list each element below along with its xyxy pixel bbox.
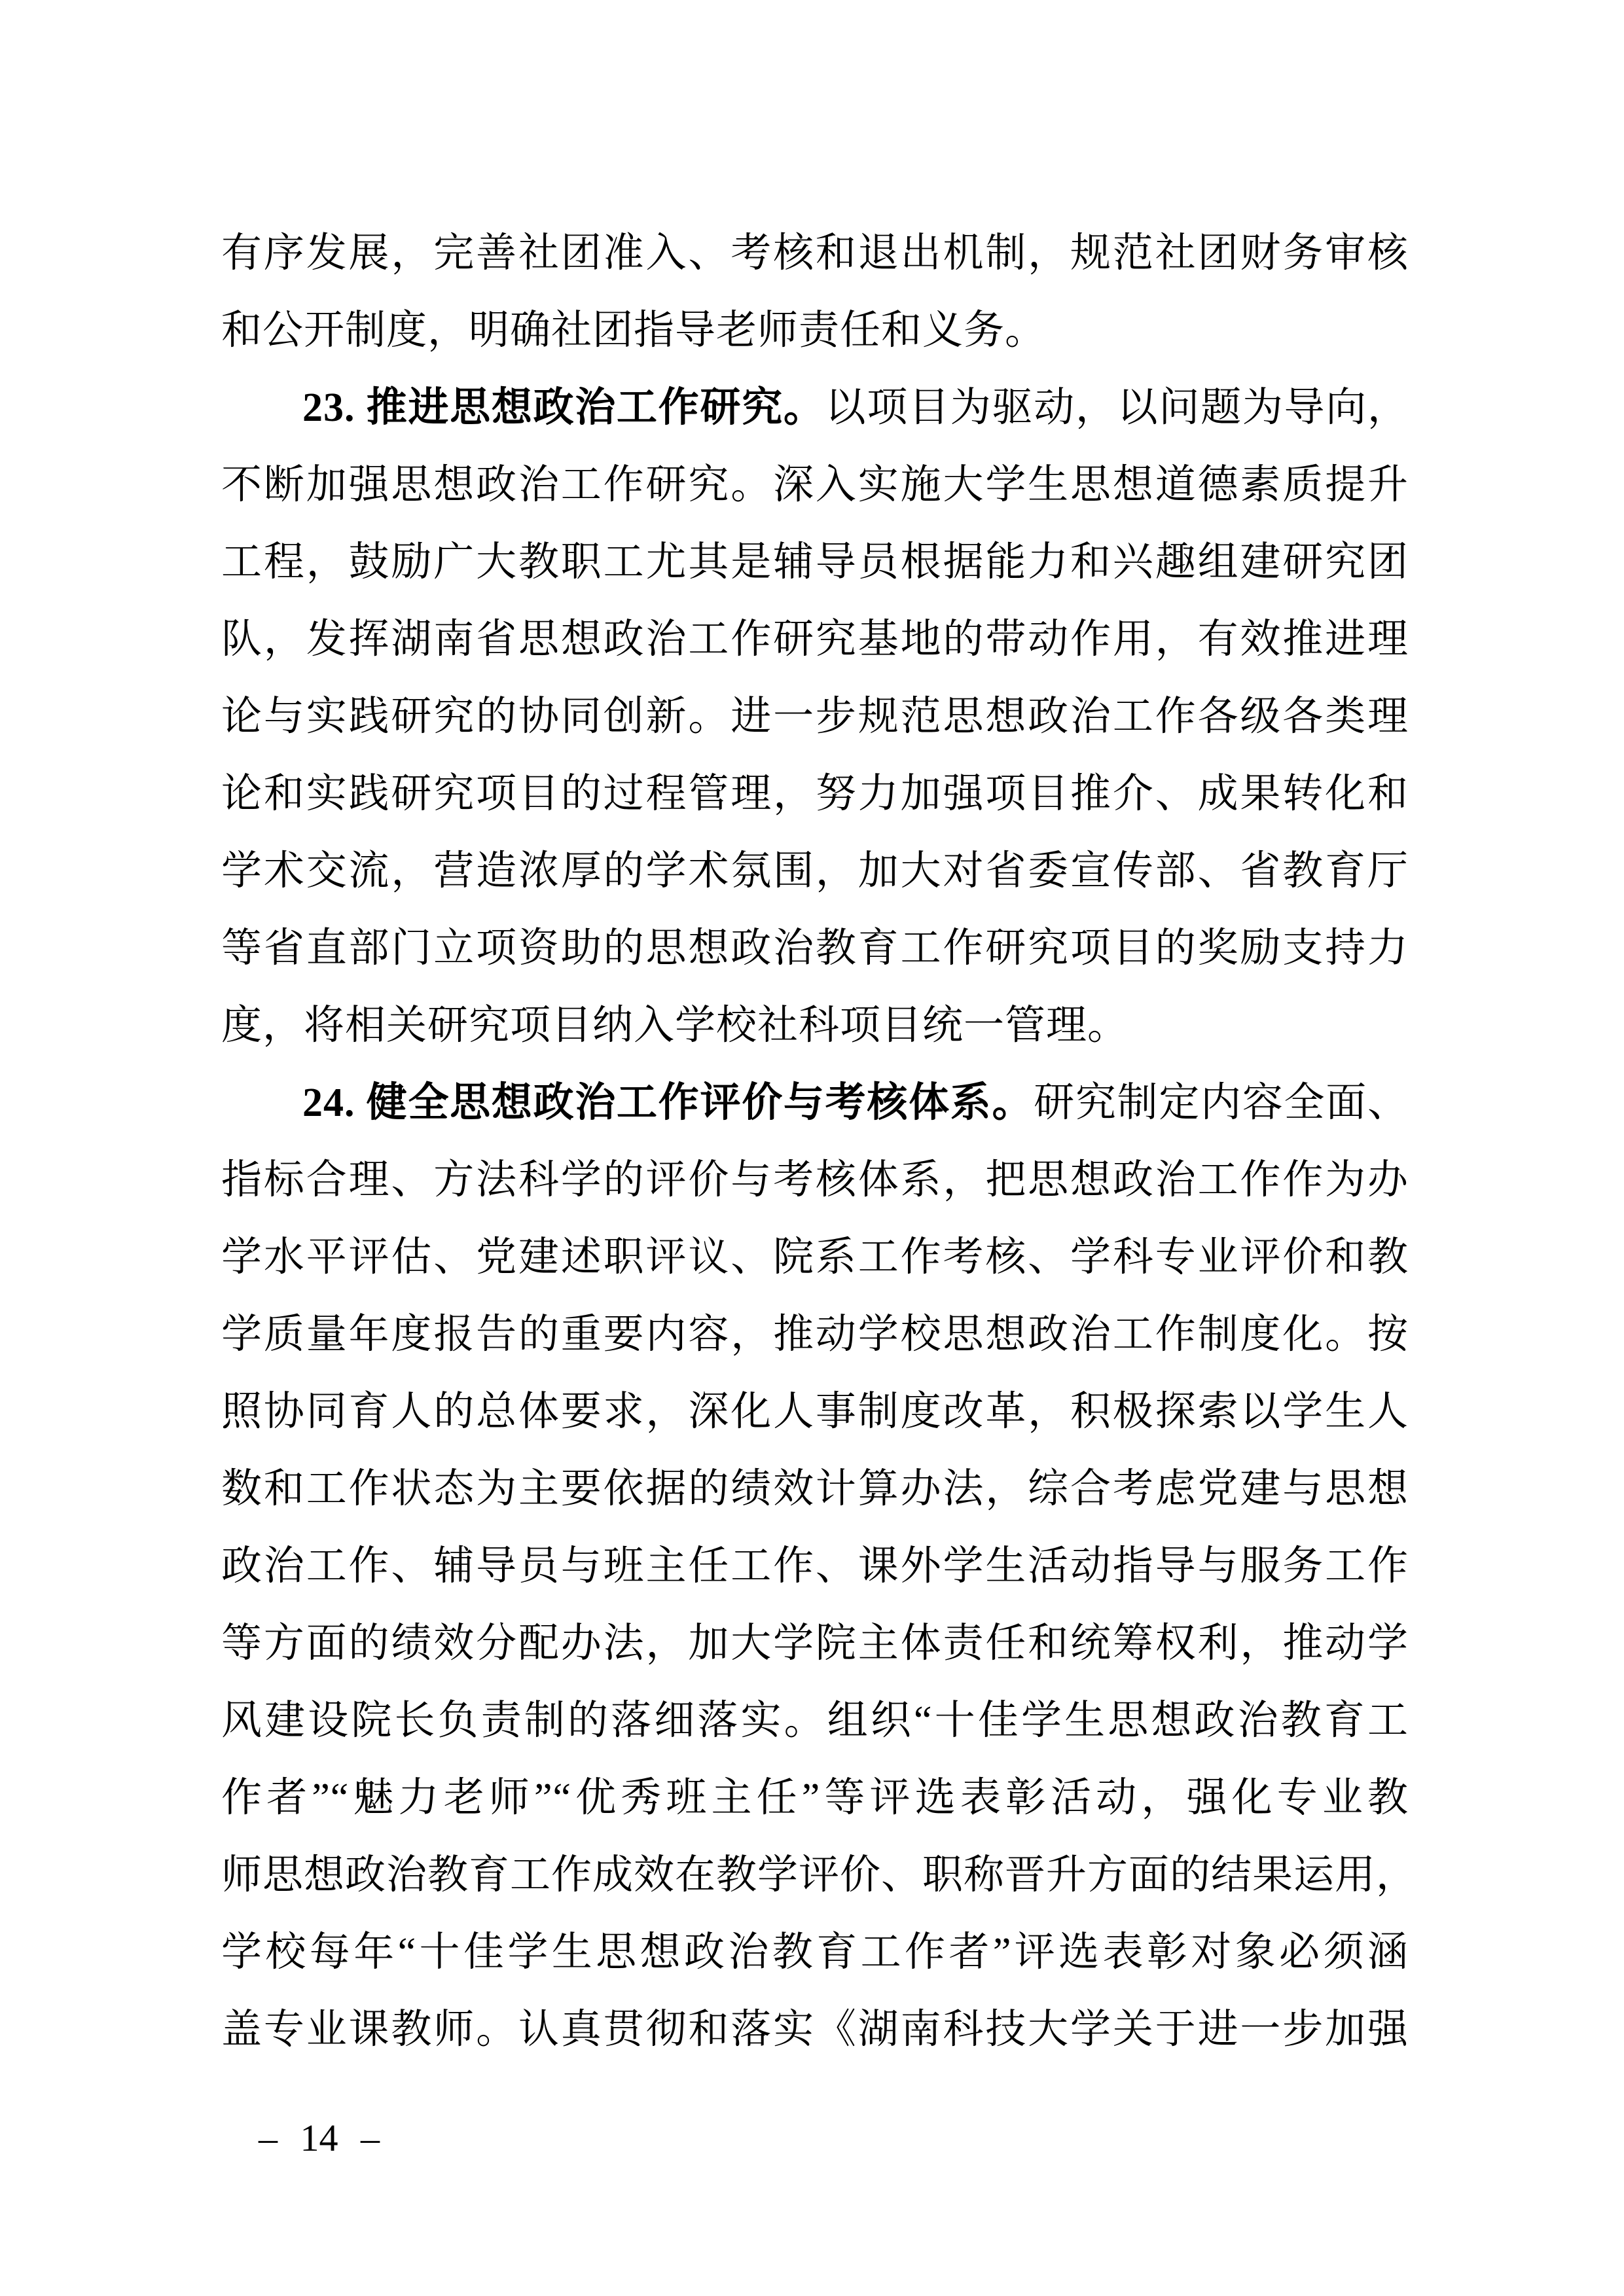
text-line: 作者”“魅力老师”“优秀班主任”等评选表彰活动，强化专业教 (221, 1759, 1409, 1837)
text-run: 研究制定内容全面、 (1034, 1081, 1409, 1125)
text-run: 学术交流，营造浓厚的学术氛围，加大对省委宣传部、省教育厅 (221, 849, 1409, 893)
text-line: 学质量年度报告的重要内容，推动学校思想政治工作制度化。按 (221, 1296, 1409, 1373)
text-line: 师思想政治教育工作成效在教学评价、职称晋升方面的结果运用， (221, 1837, 1409, 1914)
page-number: – 14 – (259, 2115, 380, 2161)
text-line: 工程，鼓励广大教职工尤其是辅导员根据能力和兴趣组建研究团 (221, 524, 1409, 601)
text-run: 数和工作状态为主要依据的绩效计算办法，综合考虑党建与思想 (221, 1467, 1409, 1511)
text-line: 有序发展，完善社团准入、考核和退出机制，规范社团财务审核 (221, 215, 1409, 292)
text-line: 学校每年“十佳学生思想政治教育工作者”评选表彰对象必须涵 (221, 1914, 1409, 1991)
text-run: 师思想政治教育工作成效在教学评价、职称晋升方面的结果运用， (221, 1853, 1409, 1897)
text-line: 风建设院长负责制的落细落实。组织“十佳学生思想政治教育工 (221, 1682, 1409, 1759)
text-run: 以项目为驱动，以问题为导向， (825, 386, 1409, 430)
text-run: 等方面的绩效分配办法，加大学院主体责任和统筹权利，推动学 (221, 1621, 1409, 1666)
text-line: 数和工作状态为主要依据的绩效计算办法，综合考虑党建与思想 (221, 1450, 1409, 1528)
text-line: 论与实践研究的协同创新。进一步规范思想政治工作各级各类理 (221, 678, 1409, 755)
text-run: 学质量年度报告的重要内容，推动学校思想政治工作制度化。按 (221, 1312, 1409, 1357)
text-line: 盖专业课教师。认真贯彻和落实《湖南科技大学关于进一步加强 (221, 1991, 1409, 2068)
text-run: 队，发挥湖南省思想政治工作研究基地的带动作用，有效推进理 (221, 617, 1409, 662)
text-run: 工程，鼓励广大教职工尤其是辅导员根据能力和兴趣组建研究团 (221, 540, 1409, 584)
text-run: 和公开制度，明确社团指导老师责任和义务。 (221, 308, 1046, 353)
text-run: 论与实践研究的协同创新。进一步规范思想政治工作各级各类理 (221, 694, 1409, 739)
text-run: 政治工作、辅导员与班主任工作、课外学生活动指导与服务工作 (221, 1544, 1409, 1588)
text-run: 指标合理、方法科学的评价与考核体系，把思想政治工作作为办 (221, 1158, 1409, 1202)
text-run: 风建设院长负责制的落细落实。组织“十佳学生思想政治教育工 (221, 1698, 1409, 1743)
text-line: 照协同育人的总体要求，深化人事制度改革，积极探索以学生人 (221, 1373, 1409, 1450)
text-run: 度，将相关研究项目纳入学校社科项目统一管理。 (221, 1003, 1128, 1048)
text-line: 24. 健全思想政治工作评价与考核体系。研究制定内容全面、 (221, 1064, 1409, 1141)
text-line: 论和实践研究项目的过程管理，努力加强项目推介、成果转化和 (221, 755, 1409, 833)
paragraph-number-heading: 23. 推进思想政治工作研究。 (302, 386, 825, 430)
text-run: 学水平评估、党建述职评议、院系工作考核、学科专业评价和教 (221, 1235, 1409, 1280)
text-run: 有序发展，完善社团准入、考核和退出机制，规范社团财务审核 (221, 231, 1409, 276)
text-run: 论和实践研究项目的过程管理，努力加强项目推介、成果转化和 (221, 772, 1409, 816)
text-line: 政治工作、辅导员与班主任工作、课外学生活动指导与服务工作 (221, 1528, 1409, 1605)
text-run: 盖专业课教师。认真贯彻和落实《湖南科技大学关于进一步加强 (221, 2007, 1409, 2052)
text-line: 度，将相关研究项目纳入学校社科项目统一管理。 (221, 987, 1409, 1064)
text-line: 和公开制度，明确社团指导老师责任和义务。 (221, 292, 1409, 369)
paragraph-number-heading: 24. 健全思想政治工作评价与考核体系。 (302, 1081, 1034, 1125)
text-line: 学水平评估、党建述职评议、院系工作考核、学科专业评价和教 (221, 1219, 1409, 1296)
text-run: 照协同育人的总体要求，深化人事制度改革，积极探索以学生人 (221, 1390, 1409, 1434)
text-line: 等方面的绩效分配办法，加大学院主体责任和统筹权利，推动学 (221, 1605, 1409, 1682)
text-line: 不断加强思想政治工作研究。深入实施大学生思想道德素质提升 (221, 446, 1409, 524)
text-line: 等省直部门立项资助的思想政治教育工作研究项目的奖励支持力 (221, 910, 1409, 987)
text-run: 作者”“魅力老师”“优秀班主任”等评选表彰活动，强化专业教 (221, 1776, 1409, 1820)
text-run: 等省直部门立项资助的思想政治教育工作研究项目的奖励支持力 (221, 926, 1409, 971)
text-line: 23. 推进思想政治工作研究。以项目为驱动，以问题为导向， (221, 369, 1409, 446)
text-run: 不断加强思想政治工作研究。深入实施大学生思想道德素质提升 (221, 463, 1409, 507)
text-line: 指标合理、方法科学的评价与考核体系，把思想政治工作作为办 (221, 1141, 1409, 1219)
document-page: 有序发展，完善社团准入、考核和退出机制，规范社团财务审核和公开制度，明确社团指导… (0, 0, 1624, 2296)
text-line: 学术交流，营造浓厚的学术氛围，加大对省委宣传部、省教育厅 (221, 833, 1409, 910)
text-block: 有序发展，完善社团准入、考核和退出机制，规范社团财务审核和公开制度，明确社团指导… (221, 215, 1409, 2068)
text-line: 队，发挥湖南省思想政治工作研究基地的带动作用，有效推进理 (221, 601, 1409, 678)
text-run: 学校每年“十佳学生思想政治教育工作者”评选表彰对象必须涵 (221, 1930, 1409, 1975)
